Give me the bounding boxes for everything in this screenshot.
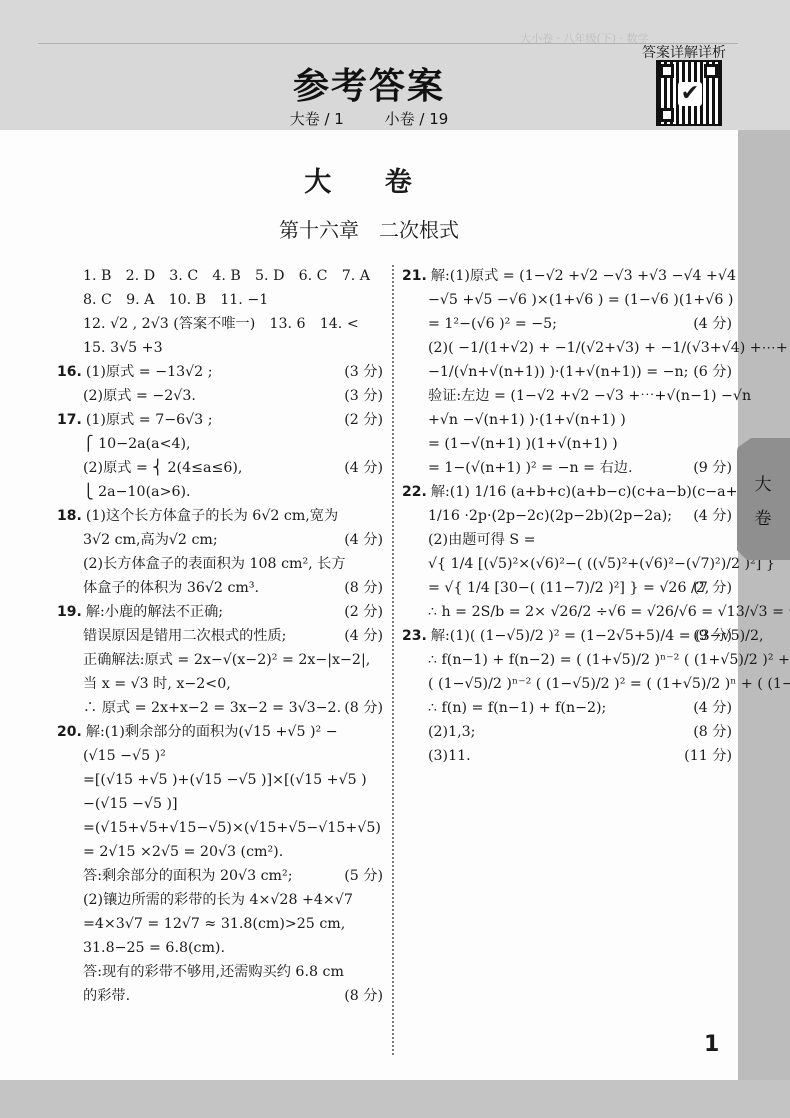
points-label: (7 分) bbox=[693, 576, 732, 600]
points-label: (4 分) bbox=[693, 312, 732, 336]
checkmark-icon: ✔ bbox=[678, 82, 702, 106]
question-number: 17. bbox=[57, 412, 82, 428]
points-label: (2 分) bbox=[344, 600, 383, 624]
answer-line: (√15 −√5 )² bbox=[57, 744, 383, 768]
answer-line: −√5 +√5 −√6 )×(1+√6 ) = (1−√6 )(1+√6 ) bbox=[402, 288, 732, 312]
answer-page: 大小卷 · 八年级(下) · 数学 参考答案 大卷 / 1 小卷 / 19 答案… bbox=[0, 0, 738, 1080]
answer-text: 12. √2 , 2√3 (答案不唯一) 13. 6 14. < bbox=[83, 316, 359, 332]
answer-text: ⎧ 10−2a(a<4), bbox=[83, 436, 191, 452]
answer-text: ∴ f(n−1) + f(n−2) = ( (1+√5)/2 )ⁿ⁻² ( (1… bbox=[428, 652, 790, 668]
points-label: (8 分) bbox=[344, 576, 383, 600]
answer-line: ⎧ 10−2a(a<4), bbox=[57, 432, 383, 456]
points-label: (3 分) bbox=[344, 384, 383, 408]
answer-line: −1/(√n+√(n+1)) )·(1+√(n+1)) = −n;(6 分) bbox=[402, 360, 732, 384]
answer-text: = 1−(√(n+1) )² = −n = 右边. bbox=[428, 460, 632, 476]
answer-line: = 2√15 ×2√5 = 20√3 (cm²). bbox=[57, 840, 383, 864]
answer-text: (2)原式 = ⎨ 2(4≤a≤6), bbox=[83, 460, 242, 476]
answer-text: −(√15 −√5 )] bbox=[83, 796, 178, 812]
answer-text: 1. B 2. D 3. C 4. B 5. D 6. C 7. A bbox=[83, 268, 370, 284]
qr-finder-icon bbox=[704, 64, 718, 78]
answer-line: = 1−(√(n+1) )² = −n = 右边.(9 分) bbox=[402, 456, 732, 480]
answer-line: 答:剩余部分的面积为 20√3 cm²;(5 分) bbox=[57, 864, 383, 888]
answer-line: 体盒子的体积为 36√2 cm³.(8 分) bbox=[57, 576, 383, 600]
answer-line: 22.解:(1) 1/16 (a+b+c)(a+b−c)(c+a−b)(c−a+… bbox=[402, 480, 732, 504]
answer-line: 19.解:小鹿的解法不正确;(2 分) bbox=[57, 600, 383, 624]
points-label: (4 分) bbox=[344, 528, 383, 552]
answer-line: ∴ h = 2S/b = 2× √26/2 ÷√6 = √26/√6 = √13… bbox=[402, 600, 732, 624]
answer-text: =(√15+√5+√15−√5)×(√15+√5−√15+√5) bbox=[83, 820, 381, 836]
points-label: (8 分) bbox=[344, 984, 383, 1008]
answer-text: (2)由题可得 S = bbox=[428, 532, 535, 548]
answer-line: =(√15+√5+√15−√5)×(√15+√5−√15+√5) bbox=[57, 816, 383, 840]
answer-line: 21.解:(1)原式 = (1−√2 +√2 −√3 +√3 −√4 +√4 bbox=[402, 264, 732, 288]
answer-line: +√n −√(n+1) )·(1+√(n+1) ) bbox=[402, 408, 732, 432]
answer-line: 8. C 9. A 10. B 11. −1 bbox=[57, 288, 383, 312]
answer-text: 15. 3√5 +3 bbox=[83, 340, 163, 356]
answer-text: √{ 1/4 [(√5)²×(√6)²−( ((√5)²+(√6)²−(√7)²… bbox=[428, 556, 775, 572]
answer-text: 3√2 cm,高为√2 cm; bbox=[83, 532, 218, 548]
answer-line: =4×3√7 = 12√7 ≈ 31.8(cm)>25 cm, bbox=[57, 912, 383, 936]
points-label: (8 分) bbox=[344, 696, 383, 720]
answer-text: (1)这个长方体盒子的长为 6√2 cm,宽为 bbox=[86, 508, 338, 524]
answer-line: 3√2 cm,高为√2 cm;(4 分) bbox=[57, 528, 383, 552]
toc-big-volume: 大卷 / 1 bbox=[290, 110, 344, 128]
answer-line: 12. √2 , 2√3 (答案不唯一) 13. 6 14. < bbox=[57, 312, 383, 336]
chapter-title: 第十六章 二次根式 bbox=[0, 214, 738, 243]
answer-text: ∴ h = 2S/b = 2× √26/2 ÷√6 = √26/√6 = √13… bbox=[428, 604, 790, 620]
points-label: (4 分) bbox=[344, 456, 383, 480]
answer-text: = 1²−(√6 )² = −5; bbox=[428, 316, 557, 332]
answer-text: = (1−√(n+1) )(1+√(n+1) ) bbox=[428, 436, 618, 452]
answer-text: = √{ 1/4 [30−( (11−7)/2 )²] } = √26 /2, bbox=[428, 580, 709, 596]
page-title: 参考答案 bbox=[0, 58, 738, 109]
answer-text: 当 x = √3 时, x−2<0, bbox=[83, 676, 231, 692]
qr-code-checkmark-icon[interactable]: ✔ bbox=[656, 60, 722, 126]
answer-line: −(√15 −√5 )] bbox=[57, 792, 383, 816]
answer-text: ∴ 原式 = 2x+x−2 = 3x−2 = 3√3−2. bbox=[83, 700, 341, 716]
answer-text: 解:(1) 1/16 (a+b+c)(a+b−c)(c+a−b)(c−a+b); bbox=[431, 484, 757, 500]
side-tab-big-volume[interactable]: 大 卷 bbox=[737, 438, 790, 560]
answer-text: (2)原式 = −2√3. bbox=[83, 388, 196, 404]
answer-line: ⎩ 2a−10(a>6). bbox=[57, 480, 383, 504]
answer-text: =[(√15 +√5 )+(√15 −√5 )]×[(√15 +√5 ) bbox=[83, 772, 367, 788]
answer-line: 18.(1)这个长方体盒子的长为 6√2 cm,宽为 bbox=[57, 504, 383, 528]
answer-line: 的彩带.(8 分) bbox=[57, 984, 383, 1008]
answer-line: 1/16 ·2p·(2p−2c)(2p−2b)(2p−2a);(4 分) bbox=[402, 504, 732, 528]
answer-text: 解:(1)剩余部分的面积为(√15 +√5 )² − bbox=[86, 724, 338, 740]
points-label: (8 分) bbox=[693, 720, 732, 744]
column-divider bbox=[392, 265, 394, 1055]
right-column: 21.解:(1)原式 = (1−√2 +√2 −√3 +√3 −√4 +√4−√… bbox=[402, 264, 732, 768]
answer-text: (3)11. bbox=[428, 748, 471, 764]
answer-text: (2)镶边所需的彩带的长为 4×√28 +4×√7 bbox=[83, 892, 353, 908]
answer-text: (2)( −1/(1+√2) + −1/(√2+√3) + −1/(√3+√4)… bbox=[428, 340, 790, 356]
bleed-through-text: 大小卷 · 八年级(下) · 数学 bbox=[520, 30, 649, 46]
side-tab-char: 卷 bbox=[751, 504, 775, 529]
answer-text: 正确解法:原式 = 2x−√(x−2)² = 2x−|x−2|, bbox=[83, 652, 370, 668]
answer-text: (√15 −√5 )² bbox=[83, 748, 166, 764]
answer-text: 验证:左边 = (1−√2 +√2 −√3 +⋯+√(n−1) −√n bbox=[428, 388, 751, 404]
answer-line: (2)原式 = ⎨ 2(4≤a≤6),(4 分) bbox=[57, 456, 383, 480]
answer-line: (2)1,3;(8 分) bbox=[402, 720, 732, 744]
answer-line: = √{ 1/4 [30−( (11−7)/2 )²] } = √26 /2,(… bbox=[402, 576, 732, 600]
answer-text: ( (1−√5)/2 )ⁿ⁻² ( (1−√5)/2 )² = ( (1+√5)… bbox=[428, 676, 790, 692]
answer-text: 答:现有的彩带不够用,还需购买约 6.8 cm bbox=[83, 964, 344, 980]
answer-line: 答:现有的彩带不够用,还需购买约 6.8 cm bbox=[57, 960, 383, 984]
answer-line: 错误原因是错用二次根式的性质;(4 分) bbox=[57, 624, 383, 648]
answer-line: 正确解法:原式 = 2x−√(x−2)² = 2x−|x−2|, bbox=[57, 648, 383, 672]
answer-line: √{ 1/4 [(√5)²×(√6)²−( ((√5)²+(√6)²−(√7)²… bbox=[402, 552, 732, 576]
qr-finder-icon bbox=[660, 108, 674, 122]
answer-line: (2)原式 = −2√3.(3 分) bbox=[57, 384, 383, 408]
answer-text: (1)原式 = 7−6√3 ; bbox=[86, 412, 213, 428]
question-number: 20. bbox=[57, 724, 82, 740]
answer-text: = 2√15 ×2√5 = 20√3 (cm²). bbox=[83, 844, 283, 860]
answer-text: 解:(1)( (1−√5)/2 )² = (1−2√5+5)/4 = (3−√5… bbox=[431, 628, 764, 644]
points-label: (4 分) bbox=[693, 504, 732, 528]
question-number: 21. bbox=[402, 268, 427, 284]
points-label: (3 分) bbox=[344, 360, 383, 384]
points-label: (2 分) bbox=[344, 408, 383, 432]
answer-line: 31.8−25 = 6.8(cm). bbox=[57, 936, 383, 960]
answer-line: ∴ 原式 = 2x+x−2 = 3x−2 = 3√3−2.(8 分) bbox=[57, 696, 383, 720]
answer-text: ⎩ 2a−10(a>6). bbox=[83, 484, 191, 500]
answer-line: 1. B 2. D 3. C 4. B 5. D 6. C 7. A bbox=[57, 264, 383, 288]
points-label: (4 分) bbox=[344, 624, 383, 648]
answer-text: (1)原式 = −13√2 ; bbox=[86, 364, 213, 380]
answer-line: 20.解:(1)剩余部分的面积为(√15 +√5 )² − bbox=[57, 720, 383, 744]
side-tab-char: 大 bbox=[751, 470, 775, 495]
answer-line: (2)( −1/(1+√2) + −1/(√2+√3) + −1/(√3+√4)… bbox=[402, 336, 732, 360]
answer-text: +√n −√(n+1) )·(1+√(n+1) ) bbox=[428, 412, 626, 428]
answer-text: 错误原因是错用二次根式的性质; bbox=[83, 628, 286, 644]
volume-title: 大 卷 bbox=[0, 160, 738, 199]
question-number: 19. bbox=[57, 604, 82, 620]
page-edge-bottom bbox=[0, 1080, 790, 1118]
answer-line: =[(√15 +√5 )+(√15 −√5 )]×[(√15 +√5 ) bbox=[57, 768, 383, 792]
question-number: 23. bbox=[402, 628, 427, 644]
qr-finder-icon bbox=[660, 64, 674, 78]
question-number: 18. bbox=[57, 508, 82, 524]
answer-line: ∴ f(n) = f(n−1) + f(n−2);(4 分) bbox=[402, 696, 732, 720]
points-label: (5 分) bbox=[344, 864, 383, 888]
answer-line: 验证:左边 = (1−√2 +√2 −√3 +⋯+√(n−1) −√n bbox=[402, 384, 732, 408]
answer-text: 解:小鹿的解法不正确; bbox=[86, 604, 223, 620]
left-column: 1. B 2. D 3. C 4. B 5. D 6. C 7. A8. C 9… bbox=[57, 264, 383, 1008]
points-label: (9 分) bbox=[693, 456, 732, 480]
answer-line: = (1−√(n+1) )(1+√(n+1) ) bbox=[402, 432, 732, 456]
points-label: (6 分) bbox=[693, 360, 732, 384]
answer-line: (2)由题可得 S = bbox=[402, 528, 732, 552]
answer-text: 体盒子的体积为 36√2 cm³. bbox=[83, 580, 259, 596]
answer-text: −√5 +√5 −√6 )×(1+√6 ) = (1−√6 )(1+√6 ) bbox=[428, 292, 733, 308]
toc-line: 大卷 / 1 小卷 / 19 bbox=[0, 108, 738, 129]
answer-line: 17.(1)原式 = 7−6√3 ;(2 分) bbox=[57, 408, 383, 432]
qr-label: 答案详解详析 bbox=[642, 42, 726, 62]
answer-line: 15. 3√5 +3 bbox=[57, 336, 383, 360]
points-label: (11 分) bbox=[684, 744, 732, 768]
answer-text: ∴ f(n) = f(n−1) + f(n−2); bbox=[428, 700, 606, 716]
answer-line: (2)长方体盒子的表面积为 108 cm², 长方 bbox=[57, 552, 383, 576]
answer-line: ∴ f(n−1) + f(n−2) = ( (1+√5)/2 )ⁿ⁻² ( (1… bbox=[402, 648, 732, 672]
answer-text: (2)1,3; bbox=[428, 724, 475, 740]
answer-line: ( (1−√5)/2 )ⁿ⁻² ( (1−√5)/2 )² = ( (1+√5)… bbox=[402, 672, 732, 696]
question-number: 22. bbox=[402, 484, 427, 500]
answer-line: (3)11.(11 分) bbox=[402, 744, 732, 768]
answer-text: 8. C 9. A 10. B 11. −1 bbox=[83, 292, 268, 308]
answer-text: 31.8−25 = 6.8(cm). bbox=[83, 940, 225, 956]
toc-small-volume: 小卷 / 19 bbox=[385, 110, 449, 128]
answer-text: 的彩带. bbox=[83, 988, 130, 1004]
answer-line: 16.(1)原式 = −13√2 ;(3 分) bbox=[57, 360, 383, 384]
answer-text: 解:(1)原式 = (1−√2 +√2 −√3 +√3 −√4 +√4 bbox=[431, 268, 736, 284]
answer-text: −1/(√n+√(n+1)) )·(1+√(n+1)) = −n; bbox=[428, 364, 688, 380]
points-label: (4 分) bbox=[693, 696, 732, 720]
answer-text: 1/16 ·2p·(2p−2c)(2p−2b)(2p−2a); bbox=[428, 508, 672, 524]
answer-text: 答:剩余部分的面积为 20√3 cm²; bbox=[83, 868, 292, 884]
answer-text: =4×3√7 = 12√7 ≈ 31.8(cm)>25 cm, bbox=[83, 916, 345, 932]
answer-line: (2)镶边所需的彩带的长为 4×√28 +4×√7 bbox=[57, 888, 383, 912]
answer-line: = 1²−(√6 )² = −5;(4 分) bbox=[402, 312, 732, 336]
question-number: 16. bbox=[57, 364, 82, 380]
answer-text: (2)长方体盒子的表面积为 108 cm², 长方 bbox=[83, 556, 346, 572]
answer-line: 当 x = √3 时, x−2<0, bbox=[57, 672, 383, 696]
answer-line: 23.解:(1)( (1−√5)/2 )² = (1−2√5+5)/4 = (3… bbox=[402, 624, 732, 648]
page-number: 1 bbox=[704, 1032, 719, 1057]
